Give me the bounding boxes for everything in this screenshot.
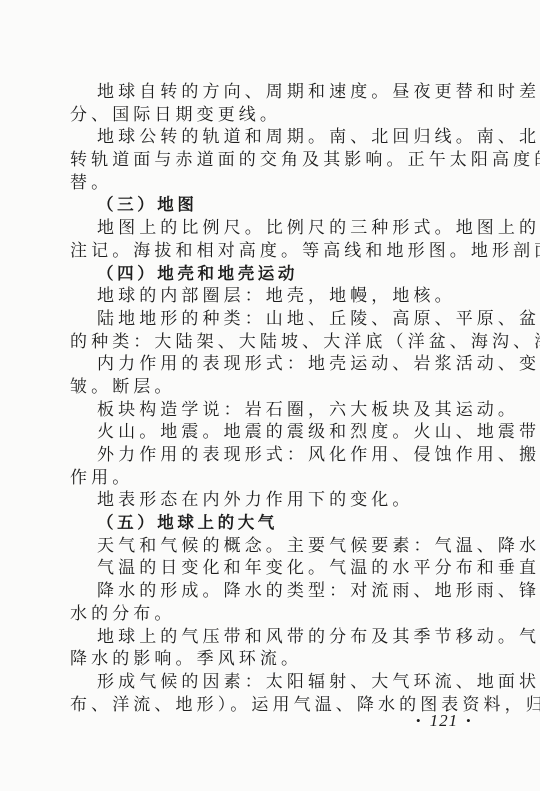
bullet-dot-icon: • bbox=[466, 713, 472, 728]
paragraph-line: 皱。断层。 bbox=[70, 376, 472, 399]
paragraph-line: 形成气候的因素：太阳辐射、大气环流、地面状况（海陆分 bbox=[70, 671, 472, 694]
paragraph-line: 地图上的比例尺。比例尺的三种形式。地图上的方向。图例。 bbox=[70, 217, 472, 240]
paragraph-line: 转轨道面与赤道面的交角及其影响。正午太阳高度的变化和四季更 bbox=[70, 149, 472, 172]
paragraph-line: 水的分布。 bbox=[70, 603, 472, 626]
paragraph-line: 地球自转的方向、周期和速度。昼夜更替和时差。时区的划 bbox=[70, 81, 472, 104]
paragraph-line: 作用。 bbox=[70, 467, 472, 490]
page-number: •121• bbox=[408, 711, 480, 731]
bullet-dot-icon: • bbox=[416, 713, 422, 728]
document-body: 地球自转的方向、周期和速度。昼夜更替和时差。时区的划 分、国际日期变更线。 地球… bbox=[70, 81, 472, 716]
paragraph-line: 外力作用的表现形式：风化作用、侵蚀作用、搬运作用、沉积 bbox=[70, 444, 472, 467]
paragraph-line: 降水的影响。季风环流。 bbox=[70, 648, 472, 671]
page-number-value: 121 bbox=[430, 711, 459, 730]
paragraph-line: 地球上的气压带和风带的分布及其季节移动。气压带、风带对 bbox=[70, 626, 472, 649]
paragraph-line: 陆地地形的种类：山地、丘陵、高原、平原、盆地。海底地形 bbox=[70, 308, 472, 331]
paragraph-line: 地表形态在内外力作用下的变化。 bbox=[70, 489, 472, 512]
paragraph-line: 天气和气候的概念。主要气候要素：气温、降水、气压和风。 bbox=[70, 535, 472, 558]
section-heading-atmosphere: （五）地球上的大气 bbox=[70, 512, 472, 535]
section-heading-crust: （四）地壳和地壳运动 bbox=[70, 263, 472, 286]
paragraph-line: 板块构造学说：岩石圈，六大板块及其运动。 bbox=[70, 399, 472, 422]
paragraph-line: 降水的形成。降水的类型：对流雨、地形雨、锋面雨。世界降 bbox=[70, 580, 472, 603]
section-heading-map: （三）地图 bbox=[70, 194, 472, 217]
paragraph-line: 地球的内部圈层：地壳，地幔，地核。 bbox=[70, 285, 472, 308]
paragraph-line: 分、国际日期变更线。 bbox=[70, 104, 472, 127]
paragraph-line: 的种类：大陆架、大陆坡、大洋底（洋盆、海沟、海岭）。 bbox=[70, 331, 472, 354]
paragraph-line: 气温的日变化和年变化。气温的水平分布和垂直变化。 bbox=[70, 557, 472, 580]
paragraph-line: 注记。海拔和相对高度。等高线和地形图。地形剖面图。 bbox=[70, 240, 472, 263]
paragraph-line: 替。 bbox=[70, 172, 472, 195]
paragraph-line: 地球公转的轨道和周期。南、北回归线。南、北极圈。地球公 bbox=[70, 126, 472, 149]
paragraph-line: 内力作用的表现形式：地壳运动、岩浆活动、变质作用。褶 bbox=[70, 353, 472, 376]
paragraph-line: 火山。地震。地震的震级和烈度。火山、地震带的分布规律。 bbox=[70, 421, 472, 444]
